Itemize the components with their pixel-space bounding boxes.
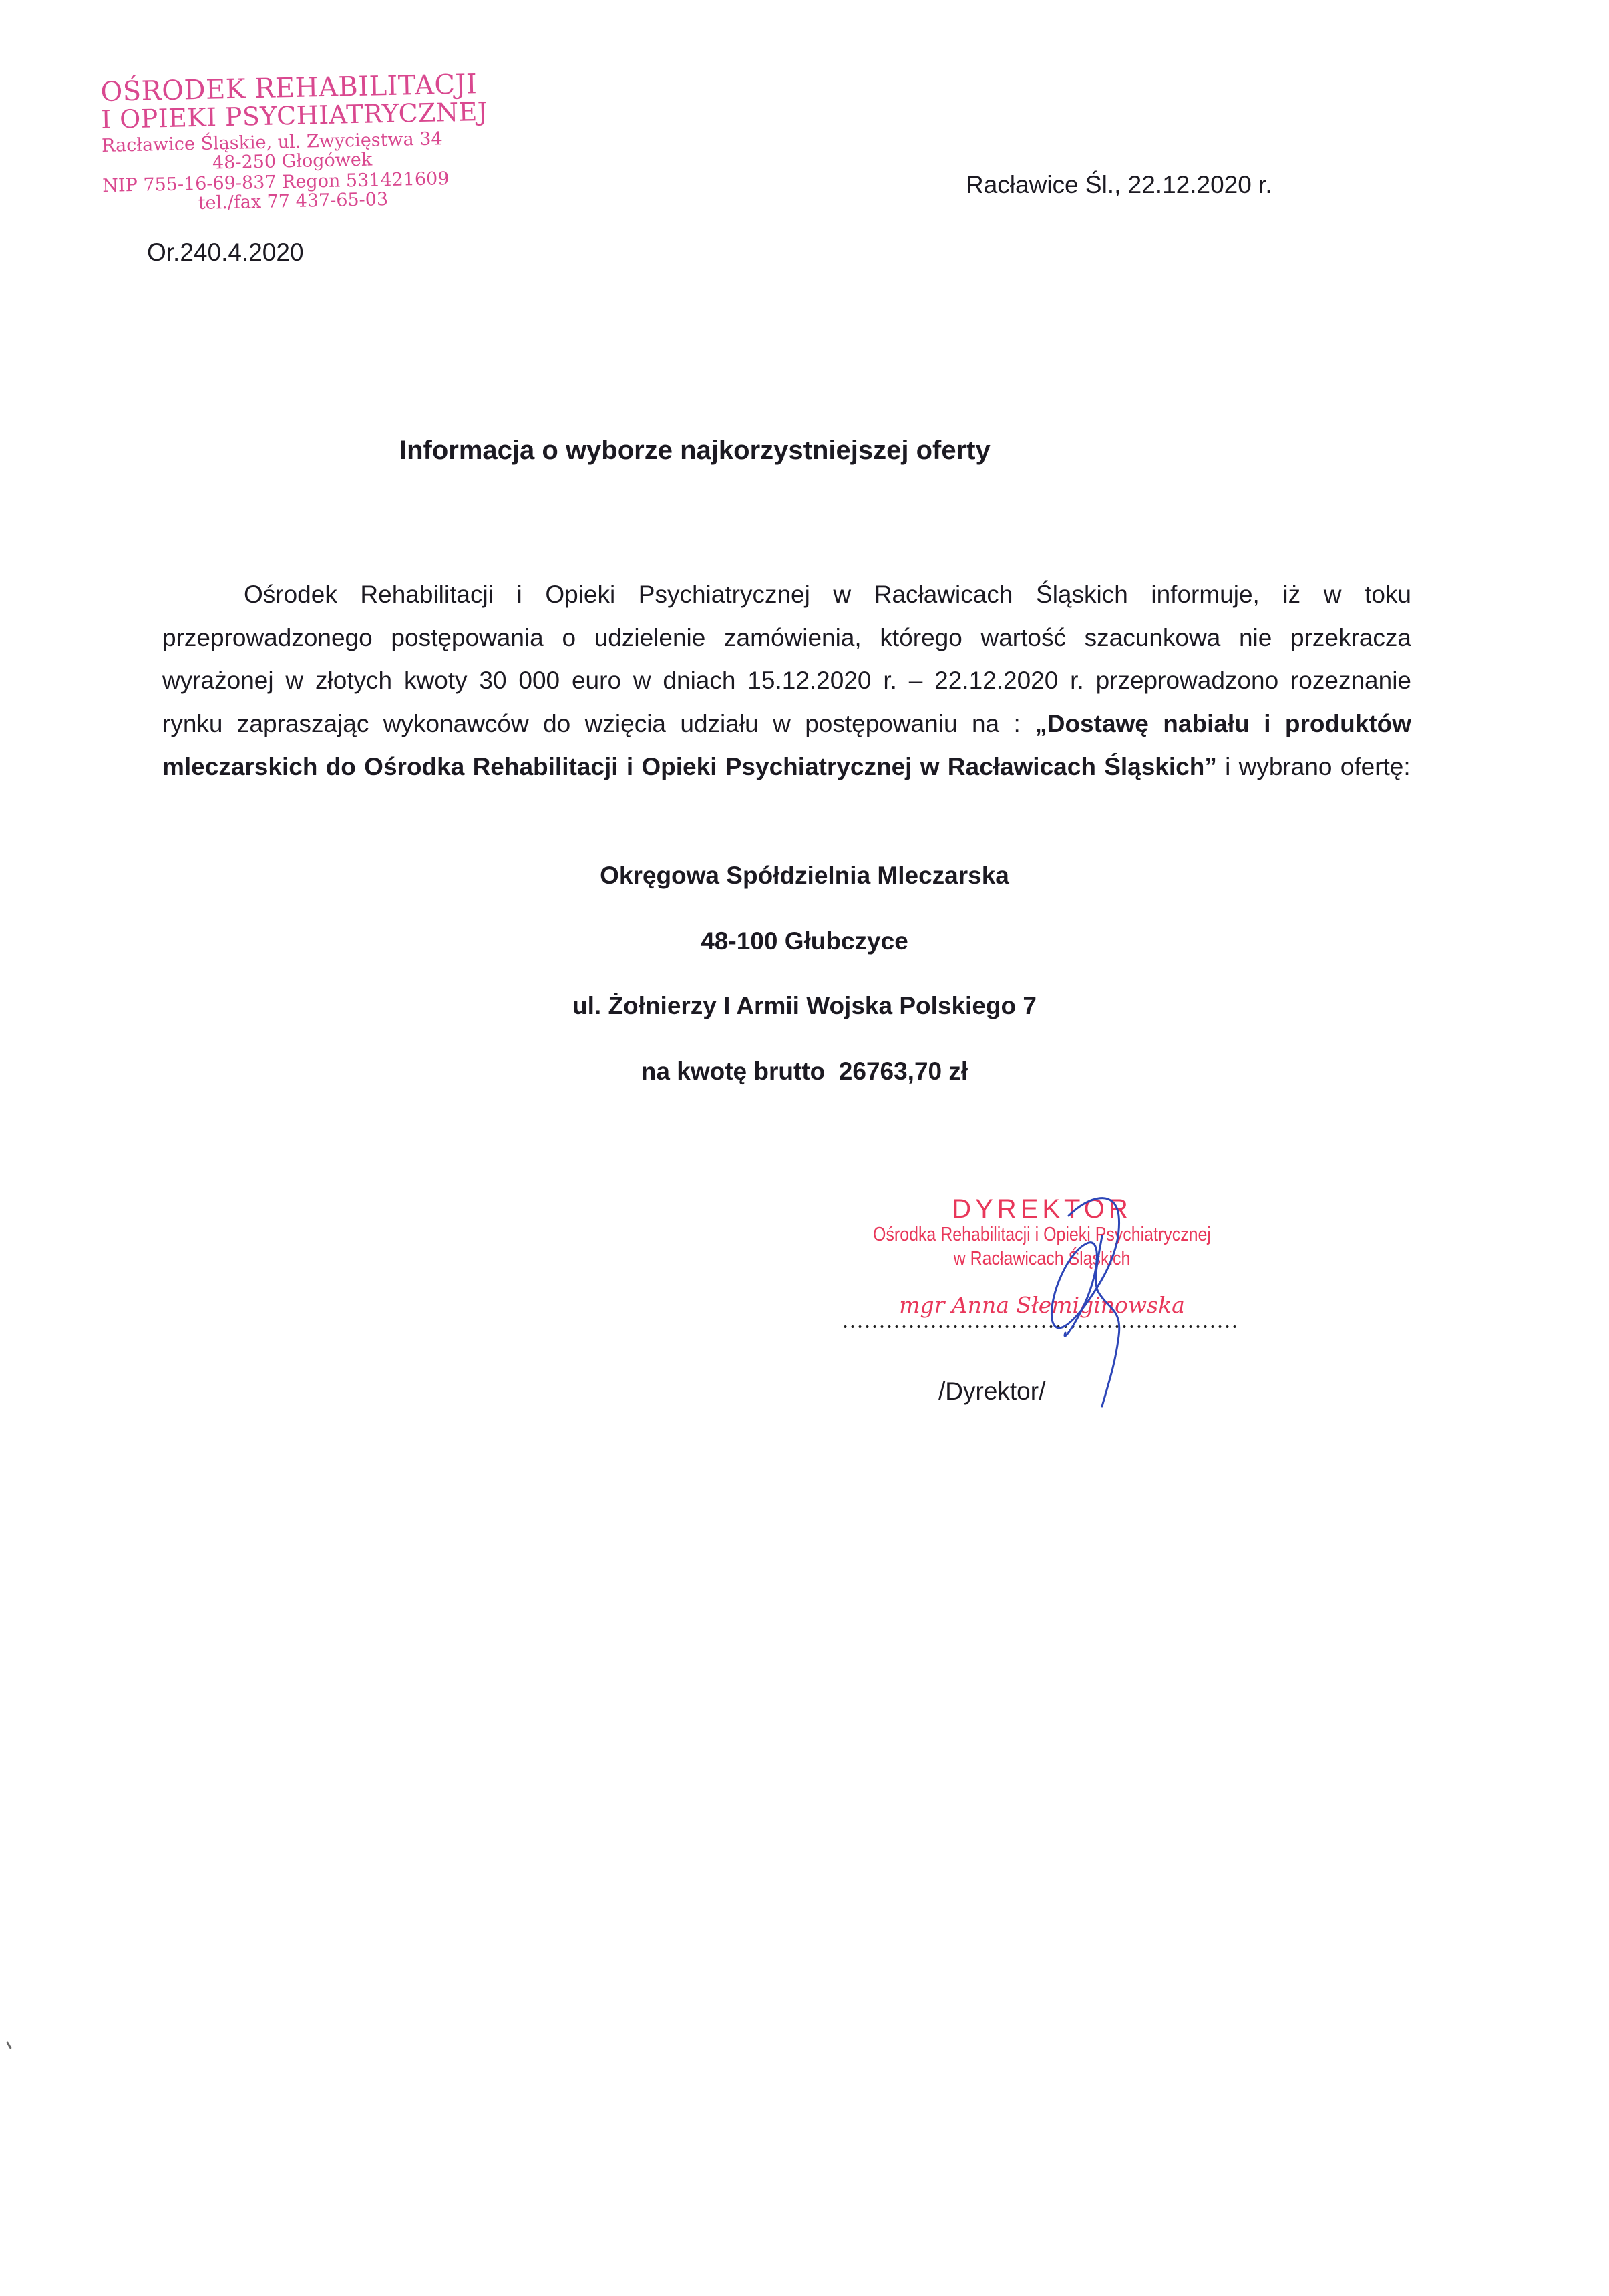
director-stamp-place: w Racławicach Śląskich [864, 1249, 1220, 1269]
director-stamp-title: DYREKTOR [835, 1196, 1249, 1222]
document-title: Informacja o wyborze najkorzystniejszej … [399, 436, 991, 466]
winner-postal-city: 48-100 Głubczyce [0, 927, 1609, 955]
scan-artifact-mark [6, 2041, 12, 2049]
director-stamp-organization: Ośrodka Rehabilitacji i Opieki Psychiatr… [864, 1225, 1220, 1245]
winner-street-address: ul. Żołnierzy I Armii Wojska Polskiego 7 [0, 992, 1609, 1020]
winner-offer-amount: na kwotę brutto 26763,70 zł [0, 1057, 1609, 1086]
institution-header-stamp: OŚRODEK REHABILITACJI I OPIEKI PSYCHIATR… [100, 71, 484, 214]
signature-dotted-line [842, 1324, 1236, 1329]
signature-block: DYREKTOR Ośrodka Rehabilitacji i Opieki … [835, 1176, 1249, 1416]
winner-company-name: Okręgowa Spółdzielnia Mleczarska [0, 862, 1609, 890]
stamp-name-line-2: I OPIEKI PSYCHIATRYCZNEJ [101, 99, 482, 132]
body-paragraph: Ośrodek Rehabilitacji i Opieki Psychiatr… [162, 573, 1411, 789]
place-and-date: Racławice Śl., 22.12.2020 r. [966, 171, 1272, 199]
reference-number: Or.240.4.2020 [147, 238, 304, 267]
body-text-part-2: i wybrano ofertę: [1217, 753, 1411, 780]
director-stamp-name: mgr Anna Słemiginowska [835, 1294, 1249, 1316]
signature-role-label: /Dyrektor/ [938, 1377, 1045, 1406]
